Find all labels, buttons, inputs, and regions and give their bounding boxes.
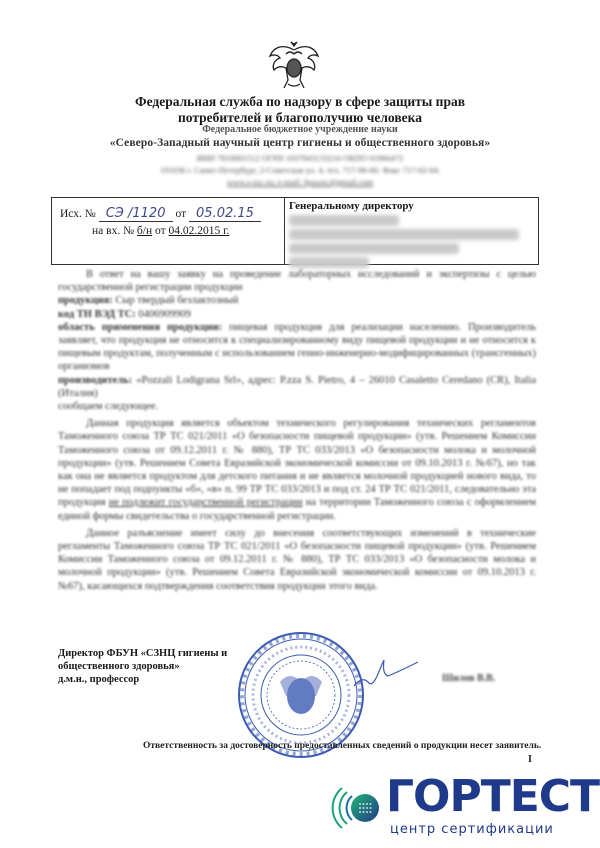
addressee-line3 bbox=[289, 243, 459, 254]
addressee-line1 bbox=[289, 215, 399, 226]
regulation-conclusion: не подлежит государственной регистрации bbox=[109, 497, 303, 508]
gortest-globe-icon bbox=[328, 780, 384, 836]
scope-label: область применения продукции: bbox=[58, 322, 222, 333]
gortest-brand: ГОРТЕСТ bbox=[386, 772, 599, 822]
signer-position-line3: д.м.н., профессор bbox=[58, 673, 227, 686]
intro-paragraph: В ответ на вашу заявку на проведение лаб… bbox=[58, 268, 536, 294]
signer-position-line2: общественного здоровья» bbox=[58, 660, 227, 673]
outgoing-date: 05.02.15 bbox=[189, 206, 261, 222]
signer-position-line1: Директор ФБУН «СЗНЦ гигиены и bbox=[58, 647, 227, 660]
coat-of-arms-icon bbox=[266, 40, 322, 92]
outgoing-date-label: от bbox=[175, 208, 186, 220]
disclaimer: Ответственность за достоверность предост… bbox=[143, 741, 541, 751]
regulation-text: Данная продукция является объектом техни… bbox=[58, 418, 536, 508]
manufacturer-line: производитель: «Pozzali Lodigrana Srl», … bbox=[58, 374, 536, 400]
outgoing-number: СЭ /1120 bbox=[99, 206, 173, 222]
outgoing-line: Исх. № СЭ /1120 от 05.02.15 bbox=[60, 206, 261, 222]
product-value: Сыр твердый безлактозный bbox=[115, 295, 238, 306]
signer-name: Шилов В.В. bbox=[442, 673, 495, 684]
institution-name: «Северо-Западный научный центр гигиены и… bbox=[20, 137, 580, 149]
page-mark: I bbox=[528, 754, 532, 765]
institution-web: www.s-zsc.ru; e-mail: fguszsc@gmail.com bbox=[0, 177, 600, 187]
gortest-logo: ГОРТЕСТ центр сертификации bbox=[328, 776, 598, 840]
product-label: продукция: bbox=[58, 295, 113, 306]
incoming-date-label: от bbox=[155, 225, 166, 237]
gortest-tagline: центр сертификации bbox=[390, 822, 554, 837]
incoming-date: 04.02.2015 г. bbox=[169, 225, 230, 237]
code-value: 0406909909 bbox=[138, 309, 191, 320]
letter-body: В ответ на вашу заявку на проведение лаб… bbox=[58, 268, 536, 593]
institution-type: Федеральное бюджетное учреждение науки bbox=[0, 124, 600, 135]
outgoing-label: Исх. № bbox=[60, 208, 96, 220]
scope-line: область применения продукции: пищевая пр… bbox=[58, 321, 536, 374]
reference-box: Исх. № СЭ /1120 от 05.02.15 на вх. № б/н… bbox=[51, 197, 539, 265]
addressee: Генеральному директору bbox=[285, 198, 538, 264]
signer-position: Директор ФБУН «СЗНЦ гигиены и общественн… bbox=[58, 647, 227, 686]
addressee-line4 bbox=[289, 257, 369, 268]
addressee-title: Генеральному директору bbox=[289, 200, 534, 212]
report-line: сообщаем следующее. bbox=[58, 400, 536, 413]
validity-paragraph: Данное разъяснение имеет силу до внесени… bbox=[58, 527, 536, 593]
agency-name-line1: Федеральная служба по надзору в сфере за… bbox=[0, 94, 600, 110]
addressee-line2 bbox=[289, 229, 519, 240]
regulation-paragraph: Данная продукция является объектом техни… bbox=[58, 417, 536, 523]
agency-name: Федеральная служба по надзору в сфере за… bbox=[0, 94, 600, 126]
product-line: продукция: Сыр твердый безлактозный bbox=[58, 294, 536, 307]
incoming-line: на вх. № б/н от 04.02.2015 г. bbox=[92, 225, 229, 237]
institution-address: 191036 г. Санкт-Петербург, 2-Советская у… bbox=[0, 165, 600, 175]
manufacturer-label: производитель: bbox=[58, 375, 132, 386]
incoming-number: б/н bbox=[137, 225, 152, 237]
incoming-label: на вх. № bbox=[92, 225, 134, 237]
signature-icon bbox=[352, 656, 422, 696]
registration-ids: ИНН 7810001512 ОГРН 1037843133216 ОКПО 0… bbox=[0, 153, 600, 163]
outgoing-reference: Исх. № СЭ /1120 от 05.02.15 на вх. № б/н… bbox=[52, 198, 285, 264]
code-line: код ТН ВЭД ТС: 0406909909 bbox=[58, 308, 536, 321]
code-label: код ТН ВЭД ТС: bbox=[58, 309, 136, 320]
